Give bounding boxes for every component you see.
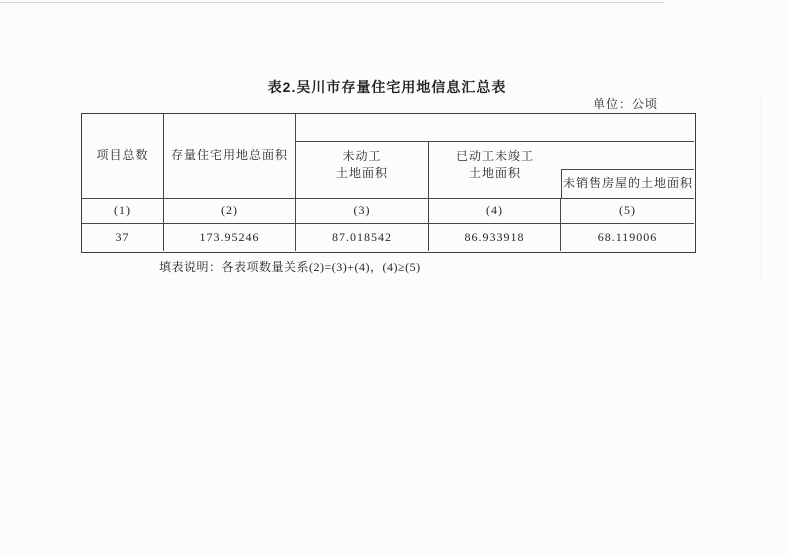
header-project-count: 项目总数 — [82, 114, 164, 198]
summary-table: 项目总数 存量住宅用地总面积 未动工 土地面积 已动工未竣工 土地面积 未销售房… — [81, 113, 696, 253]
index-cell-2: (2) — [164, 198, 296, 223]
data-cell-not-started: 87.018542 — [296, 223, 429, 251]
data-cell-started-unfinished: 86.933918 — [429, 223, 561, 251]
page-title: 表2.吴川市存量住宅用地信息汇总表 — [81, 77, 693, 97]
index-cell-1: (1) — [82, 198, 164, 223]
index-cell-3: (3) — [296, 198, 429, 223]
data-cell-project-count: 37 — [82, 223, 164, 251]
data-cell-unsold-housing: 68.119006 — [561, 223, 694, 251]
footnote: 填表说明：各表项数量关系(2)=(3)+(4)，(4)≥(5) — [159, 258, 421, 275]
header-unsold-housing-area: 未销售房屋的土地面积 — [561, 169, 694, 198]
header-started-unfinished-line2: 土地面积 — [469, 165, 521, 182]
header-total-area: 存量住宅用地总面积 — [164, 114, 296, 198]
index-cell-4: (4) — [429, 198, 561, 223]
scan-artifact-crease — [761, 96, 762, 281]
unit-label: 单位：公顷 — [593, 95, 658, 112]
header-not-started-area: 未动工 土地面积 — [296, 142, 429, 198]
header-not-started-line2: 土地面积 — [336, 165, 388, 182]
data-cell-total-area: 173.95246 — [164, 223, 296, 251]
index-cell-5: (5) — [561, 198, 694, 223]
header-started-unfinished-line1: 已动工未竣工 — [456, 148, 534, 165]
header-empty-band — [296, 114, 694, 142]
scan-artifact-top-line — [0, 2, 665, 3]
header-started-unfinished-area: 已动工未竣工 土地面积 — [429, 142, 561, 198]
header-not-started-line1: 未动工 — [342, 148, 381, 165]
